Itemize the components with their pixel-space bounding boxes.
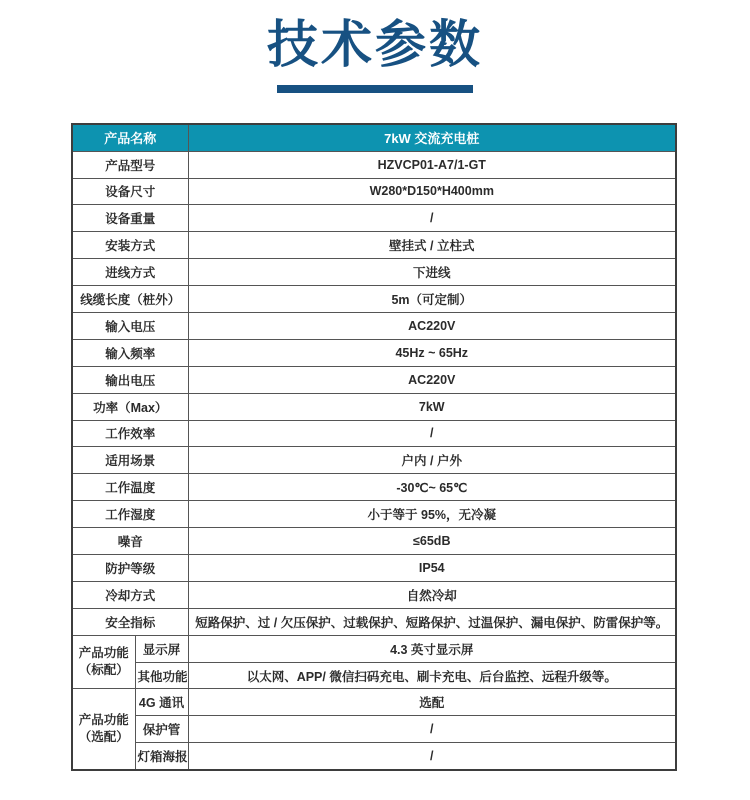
spec-value-cell: 选配 <box>188 689 676 716</box>
spec-sublabel-cell: 其他功能 <box>135 662 188 689</box>
spec-value-cell: HZVCP01-A7/1-GT <box>188 151 676 178</box>
spec-label-cell: 设备重量 <box>72 205 188 232</box>
spec-label-cell: 冷却方式 <box>72 581 188 608</box>
spec-value-cell: / <box>188 743 676 770</box>
group-label-line1: 产品功能 <box>75 645 133 662</box>
group-label-line2: （标配） <box>75 662 133 679</box>
spec-label-cell: 输入频率 <box>72 339 188 366</box>
spec-value-cell: -30℃~ 65℃ <box>188 474 676 501</box>
table-header-row: 产品名称 7kW 交流充电桩 <box>72 124 676 151</box>
spec-label-cell: 工作湿度 <box>72 501 188 528</box>
spec-value-cell: 户内 / 户外 <box>188 447 676 474</box>
title-underline-bar <box>277 85 473 93</box>
spec-value-cell: 自然冷却 <box>188 581 676 608</box>
spec-label-cell: 线缆长度（桩外） <box>72 286 188 313</box>
spec-row: 工作温度-30℃~ 65℃ <box>72 474 676 501</box>
spec-row: 冷却方式自然冷却 <box>72 581 676 608</box>
spec-value-cell: AC220V <box>188 366 676 393</box>
spec-row: 防护等级IP54 <box>72 555 676 582</box>
spec-value-cell: 下进线 <box>188 259 676 286</box>
spec-row: 设备重量/ <box>72 205 676 232</box>
spec-value-cell: 短路保护、过 / 欠压保护、过载保护、短路保护、过温保护、漏电保护、防雷保护等。 <box>188 608 676 635</box>
header-value-cell: 7kW 交流充电桩 <box>188 124 676 151</box>
group-label-cell: 产品功能（选配） <box>72 689 135 770</box>
spec-row: 产品功能（标配）显示屏4.3 英寸显示屏 <box>72 635 676 662</box>
spec-value-cell: / <box>188 205 676 232</box>
spec-row: 输出电压AC220V <box>72 366 676 393</box>
spec-table-body: 产品型号HZVCP01-A7/1-GT设备尺寸W280*D150*H400mm设… <box>72 151 676 770</box>
spec-value-cell: IP54 <box>188 555 676 582</box>
spec-row: 灯箱海报/ <box>72 743 676 770</box>
spec-label-cell: 安装方式 <box>72 232 188 259</box>
spec-row: 产品功能（选配）4G 通讯选配 <box>72 689 676 716</box>
spec-label-cell: 适用场景 <box>72 447 188 474</box>
spec-row: 工作湿度小于等于 95%，无冷凝 <box>72 501 676 528</box>
spec-value-cell: 以太网、APP/ 微信扫码充电、刷卡充电、后台监控、远程升级等。 <box>188 662 676 689</box>
spec-row: 安全指标短路保护、过 / 欠压保护、过载保护、短路保护、过温保护、漏电保护、防雷… <box>72 608 676 635</box>
spec-label-cell: 设备尺寸 <box>72 178 188 205</box>
spec-label-cell: 产品型号 <box>72 151 188 178</box>
spec-row: 设备尺寸W280*D150*H400mm <box>72 178 676 205</box>
spec-sublabel-cell: 4G 通讯 <box>135 689 188 716</box>
group-label-line1: 产品功能 <box>75 712 133 729</box>
spec-row: 产品型号HZVCP01-A7/1-GT <box>72 151 676 178</box>
group-label-line2: （选配） <box>75 729 133 746</box>
spec-value-cell: 5m（可定制） <box>188 286 676 313</box>
spec-label-cell: 安全指标 <box>72 608 188 635</box>
spec-row: 功率（Max）7kW <box>72 393 676 420</box>
spec-value-cell: 小于等于 95%，无冷凝 <box>188 501 676 528</box>
spec-label-cell: 输出电压 <box>72 366 188 393</box>
page-title: 技术参数 <box>267 13 483 77</box>
group-label-cell: 产品功能（标配） <box>72 635 135 689</box>
spec-row: 安装方式壁挂式 / 立柱式 <box>72 232 676 259</box>
spec-value-cell: W280*D150*H400mm <box>188 178 676 205</box>
spec-value-cell: AC220V <box>188 312 676 339</box>
spec-label-cell: 输入电压 <box>72 312 188 339</box>
spec-row: 噪音≤65dB <box>72 528 676 555</box>
spec-sublabel-cell: 保护管 <box>135 716 188 743</box>
spec-table: 产品名称 7kW 交流充电桩 产品型号HZVCP01-A7/1-GT设备尺寸W2… <box>71 123 677 771</box>
spec-sublabel-cell: 显示屏 <box>135 635 188 662</box>
spec-value-cell: ≤65dB <box>188 528 676 555</box>
spec-label-cell: 工作温度 <box>72 474 188 501</box>
spec-value-cell: / <box>188 716 676 743</box>
spec-row: 其他功能以太网、APP/ 微信扫码充电、刷卡充电、后台监控、远程升级等。 <box>72 662 676 689</box>
spec-label-cell: 防护等级 <box>72 555 188 582</box>
spec-value-cell: 4.3 英寸显示屏 <box>188 635 676 662</box>
spec-label-cell: 噪音 <box>72 528 188 555</box>
spec-value-cell: / <box>188 420 676 447</box>
header-label-cell: 产品名称 <box>72 124 188 151</box>
spec-value-cell: 45Hz ~ 65Hz <box>188 339 676 366</box>
spec-sublabel-cell: 灯箱海报 <box>135 743 188 770</box>
spec-row: 工作效率/ <box>72 420 676 447</box>
spec-row: 保护管/ <box>72 716 676 743</box>
spec-row: 适用场景户内 / 户外 <box>72 447 676 474</box>
spec-row: 输入电压AC220V <box>72 312 676 339</box>
spec-table-head: 产品名称 7kW 交流充电桩 <box>72 124 676 151</box>
spec-row: 线缆长度（桩外）5m（可定制） <box>72 286 676 313</box>
spec-label-cell: 功率（Max） <box>72 393 188 420</box>
spec-label-cell: 工作效率 <box>72 420 188 447</box>
spec-value-cell: 7kW <box>188 393 676 420</box>
page-header: 技术参数 <box>0 0 750 93</box>
spec-label-cell: 进线方式 <box>72 259 188 286</box>
spec-row: 进线方式下进线 <box>72 259 676 286</box>
spec-row: 输入频率45Hz ~ 65Hz <box>72 339 676 366</box>
spec-value-cell: 壁挂式 / 立柱式 <box>188 232 676 259</box>
